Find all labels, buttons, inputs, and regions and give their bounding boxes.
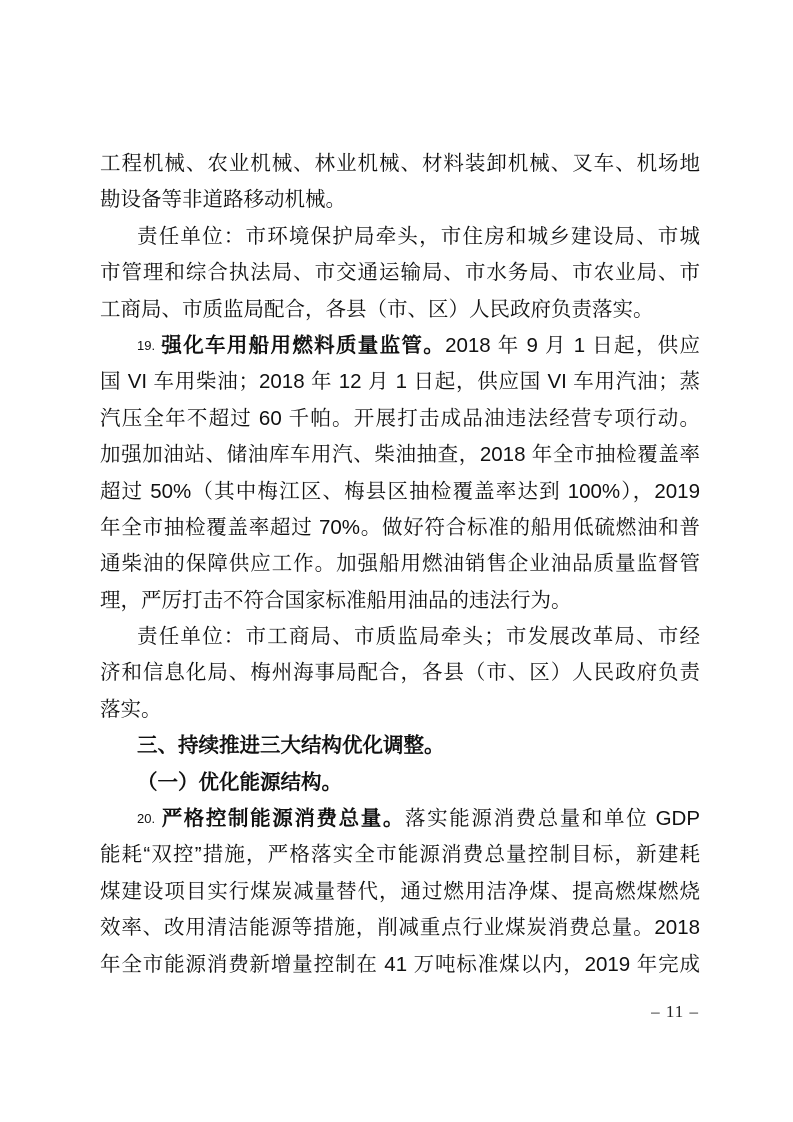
text-line: 超过 50%（其中梅江区、梅县区抽检覆盖率达到 100%），2019 [100, 474, 700, 510]
text-run: 通柴油的保障供应工作。加强船用燃油销售企业油品质量监督管 [100, 552, 700, 575]
responsibility-line: 责任单位：市工商局、市质监局牵头；市发展改革局、市经 [100, 619, 700, 655]
text-line: 勘设备等非道路移动机械。 [100, 182, 700, 218]
text-run: 市管理和综合执法局、市交通运输局、市水务局、市农业局、市 [100, 261, 700, 284]
text-run: 责任单位：市工商局、市质监局牵头；市发展改革局、市经 [137, 625, 700, 648]
text-run: 2018 年 9 月 1 日起，供应 [445, 334, 700, 357]
text-run: 煤建设项目实行煤炭减量替代，通过燃用洁净煤、提高燃煤燃烧 [100, 880, 700, 903]
text-line: 工程机械、农业机械、林业机械、材料装卸机械、叉车、机场地 [100, 146, 700, 182]
text-line: 工商局、市质监局配合，各县（市、区）人民政府负责落实。 [100, 292, 700, 328]
text-run: 落实。 [100, 698, 162, 721]
text-line: 理，严厉打击不符合国家标准船用油品的违法行为。 [100, 583, 700, 619]
text-run: 工商局、市质监局配合，各县（市、区）人民政府负责落实。 [100, 298, 654, 321]
section-heading: 三、持续推进三大结构优化调整。 [100, 728, 700, 764]
item-title: 严格控制能源消费总量。 [160, 807, 405, 830]
text-line: 年全市抽检覆盖率超过 70%。做好符合标准的船用低硫燃油和普 [100, 510, 700, 546]
numbered-item-line: 20.严格控制能源消费总量。落实能源消费总量和单位 GDP [100, 801, 700, 837]
text-run: 责任单位：市环境保护局牵头，市住房和城乡建设局、市城 [137, 225, 700, 248]
numbered-item-line: 19.强化车用船用燃料质量监管。2018 年 9 月 1 日起，供应 [100, 328, 700, 364]
text-line: 加强加油站、储油库车用汽、柴油抽查，2018 年全市抽检覆盖率 [100, 437, 700, 473]
heading-text: 三、持续推进三大结构优化调整。 [137, 734, 445, 757]
text-line: 国 VI 车用柴油；2018 年 12 月 1 日起，供应国 VI 车用汽油；蒸 [100, 364, 700, 400]
text-line: 煤建设项目实行煤炭减量替代，通过燃用洁净煤、提高燃煤燃烧 [100, 874, 700, 910]
page-number: – 11 – [651, 1002, 699, 1022]
text-run: 加强加油站、储油库车用汽、柴油抽查，2018 年全市抽检覆盖率 [100, 443, 700, 466]
item-number: 20. [137, 811, 155, 826]
text-line: 落实。 [100, 692, 700, 728]
text-run: 超过 50%（其中梅江区、梅县区抽检覆盖率达到 100%），2019 [100, 480, 700, 503]
text-run: 国 VI 车用柴油；2018 年 12 月 1 日起，供应国 VI 车用汽油；蒸 [100, 370, 700, 393]
document-body: 工程机械、农业机械、林业机械、材料装卸机械、叉车、机场地 勘设备等非道路移动机械… [100, 146, 700, 983]
text-run: 能耗“双控”措施，严格落实全市能源消费总量控制目标，新建耗 [100, 843, 700, 866]
responsibility-line: 责任单位：市环境保护局牵头，市住房和城乡建设局、市城 [100, 219, 700, 255]
text-line: 通柴油的保障供应工作。加强船用燃油销售企业油品质量监督管 [100, 546, 700, 582]
text-run: 年全市能源消费新增量控制在 41 万吨标准煤以内，2019 年完成 [100, 953, 700, 976]
document-page: 工程机械、农业机械、林业机械、材料装卸机械、叉车、机场地 勘设备等非道路移动机械… [0, 0, 793, 1122]
text-line: 市管理和综合执法局、市交通运输局、市水务局、市农业局、市 [100, 255, 700, 291]
text-run: 工程机械、农业机械、林业机械、材料装卸机械、叉车、机场地 [100, 152, 700, 175]
text-run: 济和信息化局、梅州海事局配合，各县（市、区）人民政府负责 [100, 661, 700, 684]
text-run: 汽压全年不超过 60 千帕。开展打击成品油违法经营专项行动。 [100, 407, 700, 430]
subsection-heading: （一）优化能源结构。 [100, 765, 700, 801]
text-line: 能耗“双控”措施，严格落实全市能源消费总量控制目标，新建耗 [100, 837, 700, 873]
text-line: 年全市能源消费新增量控制在 41 万吨标准煤以内，2019 年完成 [100, 947, 700, 983]
item-title: 强化车用船用燃料质量监管。 [160, 334, 445, 357]
text-line: 效率、改用清洁能源等措施，削减重点行业煤炭消费总量。2018 [100, 910, 700, 946]
text-run: 年全市抽检覆盖率超过 70%。做好符合标准的船用低硫燃油和普 [100, 516, 700, 539]
text-line: 济和信息化局、梅州海事局配合，各县（市、区）人民政府负责 [100, 655, 700, 691]
text-run: 勘设备等非道路移动机械。 [100, 188, 346, 211]
text-run: 落实能源消费总量和单位 GDP [405, 807, 700, 830]
text-line: 汽压全年不超过 60 千帕。开展打击成品油违法经营专项行动。 [100, 401, 700, 437]
heading-text: （一）优化能源结构。 [137, 771, 342, 794]
text-run: 理，严厉打击不符合国家标准船用油品的违法行为。 [100, 589, 572, 612]
text-run: 效率、改用清洁能源等措施，削减重点行业煤炭消费总量。2018 [100, 916, 700, 939]
item-number: 19. [137, 338, 155, 353]
